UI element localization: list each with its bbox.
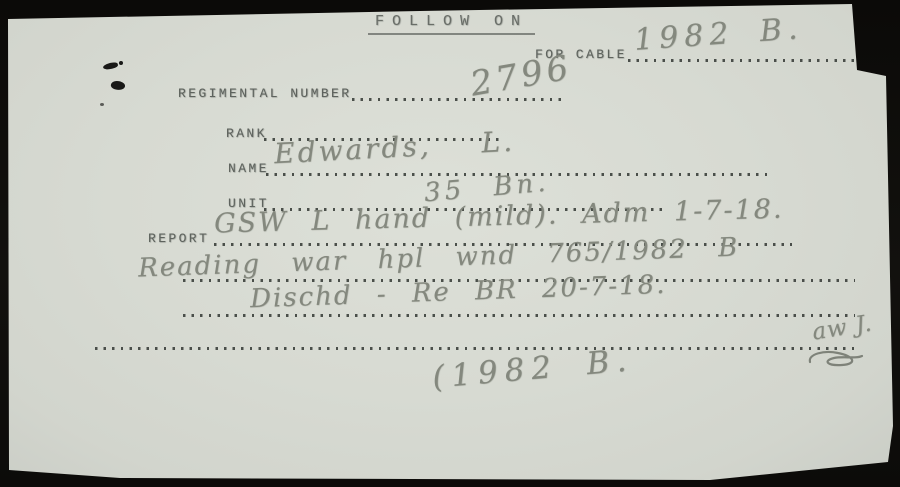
handwritten-footer-reference: (1982 B.	[431, 342, 635, 395]
scan-background: FOLLOW ON FOR CABLE 1982 B. REGIMENTAL N…	[0, 0, 900, 487]
dotted-leader-regimental-number	[352, 98, 564, 101]
ink-smudge	[110, 79, 126, 92]
field-label-rank: RANK	[226, 126, 267, 141]
field-label-name: NAME	[228, 161, 269, 176]
signature-flourish	[804, 346, 868, 374]
ink-smudge	[119, 61, 123, 65]
ink-smudge	[102, 61, 118, 70]
ink-smudge	[100, 103, 104, 106]
dotted-leader-for-cable	[628, 59, 854, 62]
handwritten-name: Edwards, L.	[273, 125, 515, 171]
field-label-regimental-number: REGIMENTAL NUMBER	[178, 86, 351, 101]
handwritten-report-line-1: GSW L hand (mild). Adm 1-7-18.	[214, 194, 784, 240]
document-title: FOLLOW ON	[368, 13, 535, 35]
handwritten-cable-number: 1982 B.	[633, 11, 804, 58]
field-label-report: REPORT	[148, 231, 209, 246]
dotted-leader-line-4	[95, 347, 857, 350]
handwritten-regimental-number: 2796	[467, 47, 575, 104]
record-card-paper: FOLLOW ON FOR CABLE 1982 B. REGIMENTAL N…	[0, 0, 900, 487]
dotted-leader-line-3	[183, 314, 855, 317]
